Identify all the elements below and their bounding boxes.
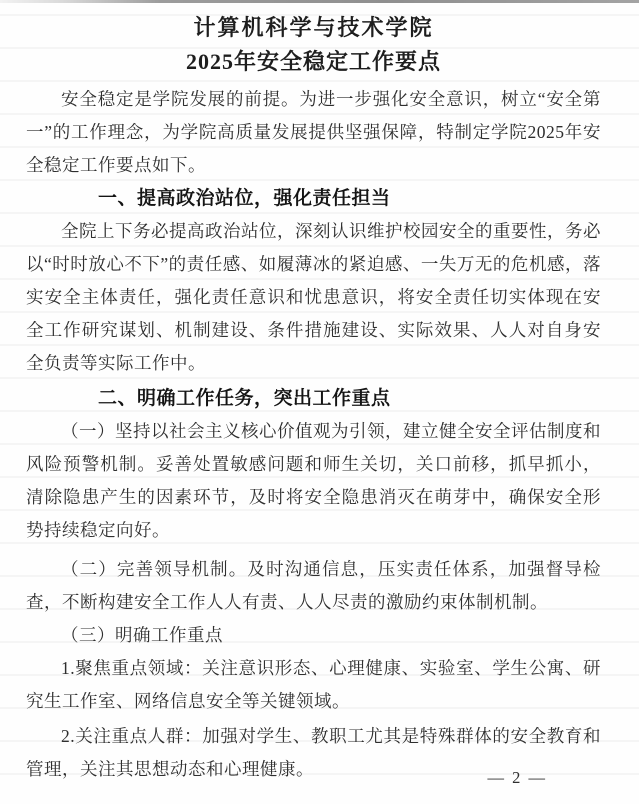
section-1-heading: 一、提高政治站位，强化责任担当: [98, 182, 601, 215]
section-2-paragraph-1: （一）坚持以社会主义核心价值观为引领，建立健全安全评估制度和风险预警机制。妥善处…: [26, 415, 601, 547]
doc-title-line1: 计算机科学与技术学院: [26, 13, 601, 43]
section-1-paragraph-1: 全院上下务必提高政治站位，深刻认识维护校园安全的重要性，务必以“时时放心不下”的…: [26, 215, 601, 380]
section-2-paragraph-4: 1.聚焦重点领域：关注意识形态、心理健康、实验室、学生公寓、研究生工作室、网络信…: [26, 652, 601, 718]
intro-paragraph: 安全稳定是学院发展的前提。为进一步强化安全意识，树立“安全第一”的工作理念，为学…: [26, 83, 601, 182]
document-content: 计算机科学与技术学院 2025年安全稳定工作要点 安全稳定是学院发展的前提。为进…: [0, 0, 639, 786]
doc-title-line2: 2025年安全稳定工作要点: [26, 46, 601, 78]
section-2-heading: 二、明确工作任务，突出工作重点: [98, 382, 601, 415]
document-page: 计算机科学与技术学院 2025年安全稳定工作要点 安全稳定是学院发展的前提。为进…: [0, 0, 639, 804]
section-2-paragraph-3: （三）明确工作重点: [26, 619, 601, 652]
page-number: — 2 —: [488, 768, 548, 788]
section-2-paragraph-2: （二）完善领导机制。及时沟通信息，压实责任体系，加强督导检查，不断构建安全工作人…: [26, 553, 601, 619]
